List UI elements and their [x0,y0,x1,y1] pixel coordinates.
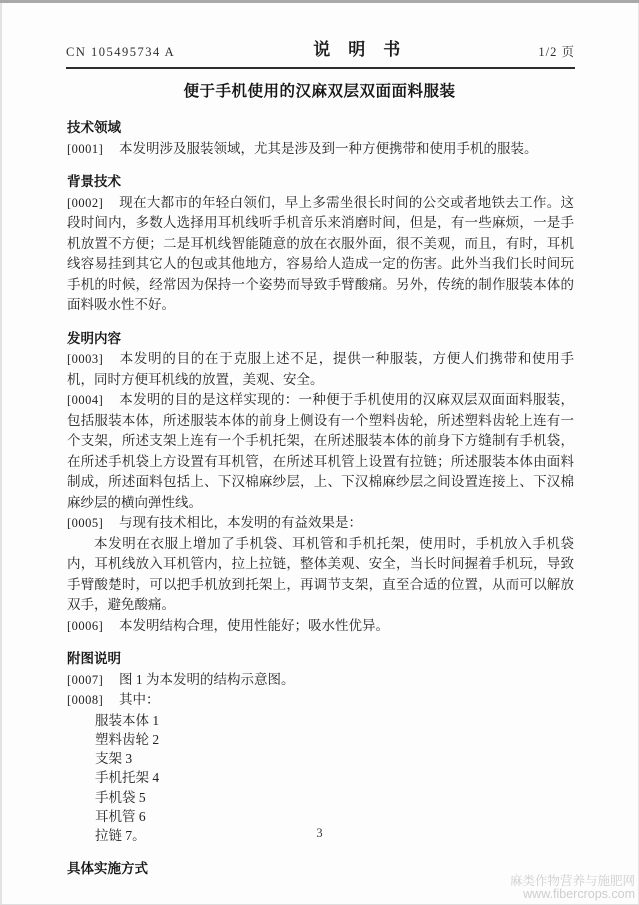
section-heading: 附图说明 [67,649,574,670]
paragraph-number: [0006] [67,616,119,637]
page: { "header": { "doc_number": "CN 10549573… [0,0,639,905]
paragraph-number: [0002] [67,193,119,214]
scan-edge-top [0,0,639,3]
section-heading: 发明内容 [67,329,574,350]
paragraph-text: 本发明涉及服装领域，尤其是涉及到一种方便携带和使用手机的服装。 [119,141,538,156]
paragraph-text: 本发明在衣服上增加了手机袋、耳机管和手机托架，使用时，手机放入手机袋内，耳机线放… [67,536,574,613]
paragraph-number: [0008] [67,690,119,711]
page-header: CN 105495734 A 说明书 1/2 页 [66,35,575,69]
paragraph-number: [0005] [67,513,119,534]
patent-title: 便于手机使用的汉麻双层双面面料服装 [0,79,639,101]
paragraph-text: 本发明的目的在于克服上述不足，提供一种服装，方便人们携带和使用手机，同时方便耳机… [67,351,574,387]
reference-list-item: 塑料齿轮 2 [95,730,574,749]
paragraph: [0005]与现有技术相比，本发明的有益效果是： [67,513,574,534]
section-heading: 背景技术 [67,172,574,193]
paragraph: [0004]本发明的目的是这样实现的：一种便于手机使用的汉麻双层双面面料服装，包… [67,390,574,513]
reference-list-item: 手机托架 4 [95,768,574,787]
paragraph-text: 与现有技术相比，本发明的有益效果是： [119,515,362,530]
section-heading: 具体实施方式 [67,859,574,880]
paragraph-text: 其中： [119,692,160,707]
paragraph: [0008]其中： [67,690,574,711]
paragraph-number: [0001] [67,139,119,160]
reference-list-item: 耳机管 6 [95,807,574,826]
section-heading: 技术领域 [67,118,574,139]
document-body: 技术领域[0001]本发明涉及服装领域，尤其是涉及到一种方便携带和使用手机的服装… [67,110,574,879]
paragraph-text: 本发明结构合理，使用性能好；吸水性优异。 [119,618,389,633]
reference-list-item: 支架 3 [95,749,574,768]
reference-list-item: 手机袋 5 [95,788,574,807]
paragraph: [0001]本发明涉及服装领域，尤其是涉及到一种方便携带和使用手机的服装。 [67,139,574,160]
paragraph: [0006]本发明结构合理，使用性能好；吸水性优异。 [67,616,574,637]
page-indicator: 1/2 页 [538,42,575,60]
paragraph: [0002]现在大都市的年轻白领们，早上多需坐很长时间的公交或者地铁去工作。这段… [67,193,574,316]
paragraph-text: 本发明的目的是这样实现的：一种便于手机使用的汉麻双层双面面料服装，包括服装本体，… [67,392,574,510]
paragraph-number: [0003] [67,349,119,370]
paragraph-text: 现在大都市的年轻白领们，早上多需坐很长时间的公交或者地铁去工作。这段时间内，多数… [67,195,574,313]
document-type: 说明书 [295,35,418,60]
paragraph: 本发明在衣服上增加了手机袋、耳机管和手机托架，使用时，手机放入手机袋内，耳机线放… [67,534,574,616]
watermark-site-url: www.fibercrops.com [510,888,635,901]
paragraph-text: 图 1 为本发明的结构示意图。 [119,672,295,687]
reference-list-item: 服装本体 1 [95,711,574,730]
scan-edge-left [0,3,2,905]
document-type-wrap: 说明书 [175,35,538,60]
watermark: 麻类作物营养与施肥网 www.fibercrops.com [510,875,635,900]
paragraph-number: [0004] [67,390,119,411]
watermark-site-name: 麻类作物营养与施肥网 [510,875,635,888]
paragraph: [0007]图 1 为本发明的结构示意图。 [67,670,574,691]
paragraph-number: [0007] [67,670,119,691]
paragraph: [0003]本发明的目的在于克服上述不足，提供一种服装，方便人们携带和使用手机，… [67,349,574,390]
publication-number: CN 105495734 A [66,45,175,60]
page-number: 3 [0,826,639,841]
